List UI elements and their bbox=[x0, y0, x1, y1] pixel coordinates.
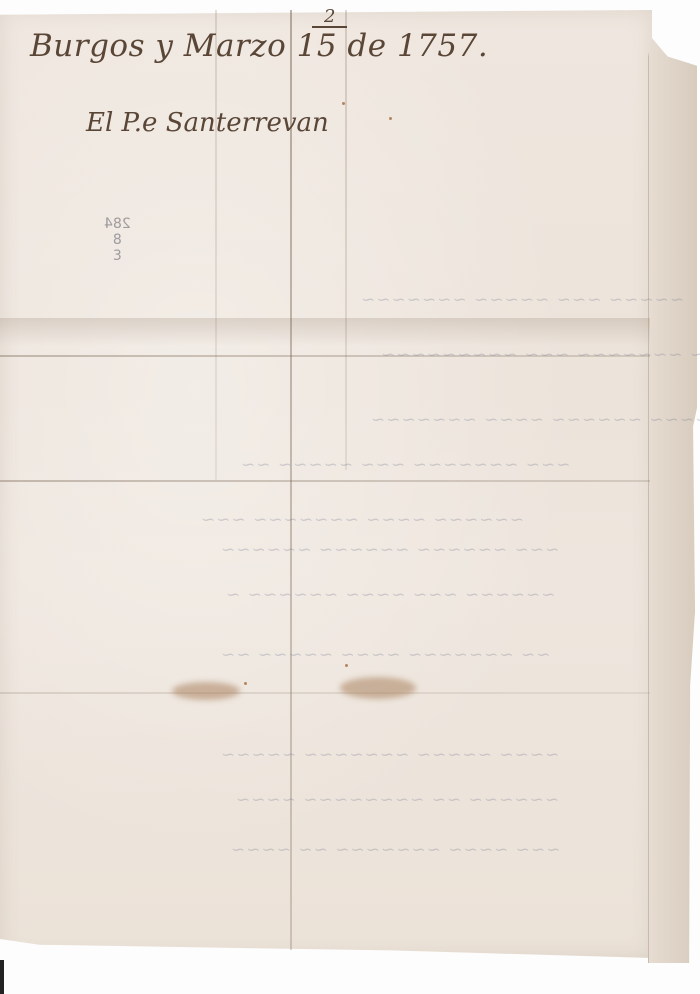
speck bbox=[244, 682, 247, 685]
fold-line-vertical-right bbox=[345, 10, 347, 470]
heading-place-date: Burgos y Marzo 15 de 1757. bbox=[30, 28, 488, 64]
folio-number: 2 bbox=[312, 8, 347, 28]
bleed-through-text: ~~ ~~~~~~~ ~~~~ ~~~~~ ~~ bbox=[220, 645, 551, 665]
bleed-through-text: ~~~~~ ~~~ ~~~~~ ~~~~~~~ bbox=[360, 290, 684, 310]
pencil-mark: 3 bbox=[104, 248, 131, 264]
stain-left bbox=[172, 682, 240, 700]
bleed-through-text: ~~~~~~ ~~~~ ~~~~~~~ ~~~ bbox=[200, 510, 524, 530]
heading-author: El P.e Santerrevan bbox=[86, 108, 329, 138]
bleed-through-text: ~~~~ ~~~~~ ~~~~~~~ ~~~~~ bbox=[220, 745, 559, 765]
fold-line-middle bbox=[0, 480, 650, 482]
bleed-through-text: ~~~~~~ ~~ ~~~~~~~~ ~~~~ bbox=[235, 790, 559, 810]
scanner-edge bbox=[0, 960, 4, 994]
stain-right bbox=[340, 677, 416, 699]
pencil-annotation: 284 8 3 bbox=[104, 216, 131, 264]
fold-shadow-upper bbox=[0, 318, 650, 346]
manuscript-page bbox=[0, 10, 652, 958]
speck bbox=[389, 117, 392, 120]
bleed-through-text: ~~~ ~~~~~~ ~~~~~~ ~~~~~~ bbox=[220, 540, 559, 560]
bleed-through-text: ~~~ ~~~~~~~ ~~~ ~~~~~ ~~ bbox=[240, 455, 571, 475]
fold-line-vertical-left bbox=[215, 10, 217, 480]
bleed-through-text: ~~~ ~~~~ ~~~~~~~ ~~ ~~~~ bbox=[230, 840, 561, 860]
fold-line-lower bbox=[0, 692, 650, 694]
bleed-through-text: ~~~~~~ ~~~ ~~~~ ~~~~~~ ~ bbox=[225, 585, 556, 605]
speck bbox=[342, 102, 345, 105]
folded-paper-flap bbox=[648, 38, 697, 963]
pencil-mark: 284 bbox=[104, 216, 131, 232]
bleed-through-text: ~~~~ ~~~~~~ ~~~~ ~~~~~~~ bbox=[370, 410, 700, 430]
bleed-through-text: ~~ ~~~~~~~ ~~~ ~~~~~~~~~ bbox=[380, 345, 700, 365]
pencil-mark: 8 bbox=[104, 232, 131, 248]
